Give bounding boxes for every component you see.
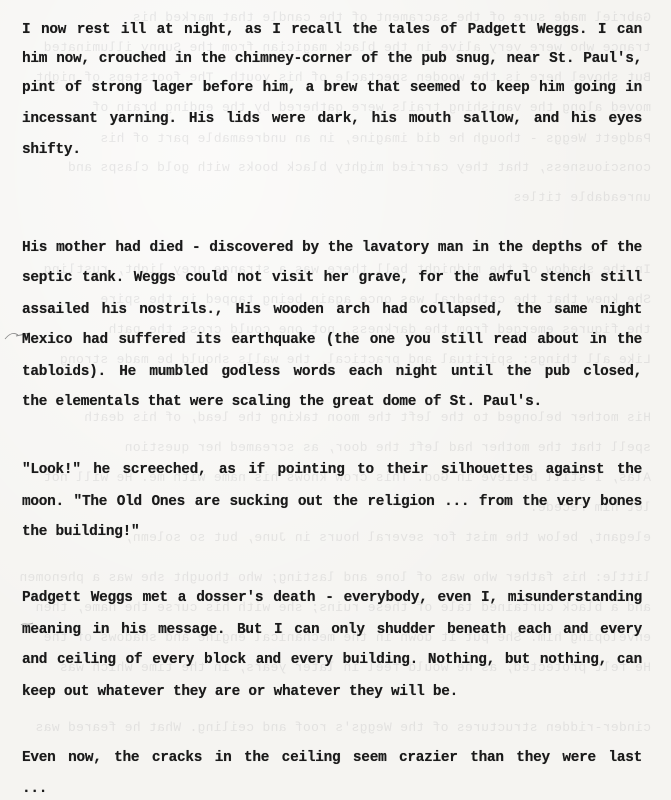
text-line: I now rest ill at night, as I recall the…: [22, 21, 642, 39]
text-line: Padgett Weggs met a dosser's death - eve…: [22, 589, 642, 607]
text-line: Mexico had suffered its earthquake (the …: [22, 331, 642, 349]
text-line: assailed his nostrils., His wooden arch …: [22, 301, 642, 319]
text-line: pint of strong lager before him, a brew …: [22, 79, 642, 97]
show-through-line: unreadable titles: [20, 190, 651, 205]
text-line: shifty.: [22, 141, 642, 159]
text-line: and ceiling of every block and every bui…: [22, 651, 642, 669]
text-line: tabloids). He mumbled godless words each…: [22, 363, 642, 381]
text-line: meaning in his message. But I can only s…: [22, 621, 642, 639]
text-line: Even now, the cracks in the ceiling seem…: [22, 749, 642, 767]
text-line: incessant yarning. His lids were dark, h…: [22, 110, 642, 128]
show-through-line: consciousness, that they carried mighty …: [20, 160, 651, 175]
text-line: "Look!" he screeched, as if pointing to …: [22, 461, 642, 479]
text-line: septic tank. Weggs could not visit her g…: [22, 269, 642, 287]
text-line: His mother had died - discovered by the …: [22, 239, 642, 257]
text-line: moon. "The Old Ones are sucking out the …: [22, 493, 642, 511]
text-line: the elementals that were scaling the gre…: [22, 393, 642, 411]
show-through-line: His mother belonged to the left the moon…: [20, 410, 651, 425]
show-through-line: cinder-ridden structures of the Weggs's …: [20, 720, 651, 735]
text-line: him now, crouched in the chimney-corner …: [22, 50, 642, 68]
scanned-page: Gabriel made sure of the sacrament of th…: [0, 0, 671, 800]
text-line: ...: [22, 780, 642, 798]
text-line: keep out whatever they are or whatever t…: [22, 683, 642, 701]
show-through-line: little: his father who was of lone and l…: [20, 570, 651, 585]
text-line: the building!": [22, 523, 642, 541]
show-through-line: spell that the mother had left the door,…: [20, 440, 651, 455]
